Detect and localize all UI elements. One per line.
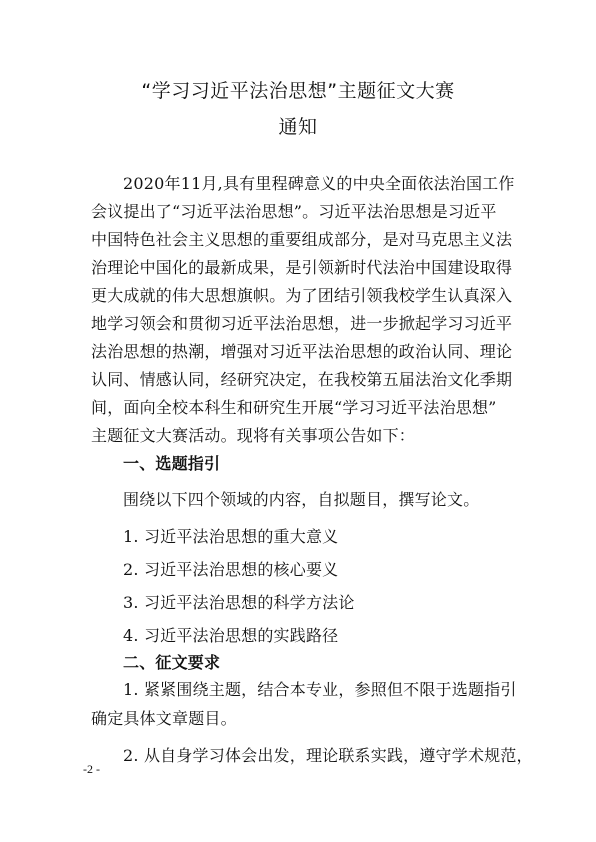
intro-line: 认同、情感认同，经研究决定，在我校第五届法治文化季期	[91, 370, 531, 390]
intro-line: 2020年11月,具有里程碑意义的中央全面依法治国工作	[123, 174, 563, 194]
page-number: -2 -	[83, 762, 100, 776]
topic-list-item: 1. 习近平法治思想的重大意义	[123, 527, 563, 547]
intro-line: 法治思想的热潮，增强对习近平法治思想的政治认同、理论	[91, 342, 531, 362]
intro-line: 治理论中国化的最新成果，是引领新时代法治中国建设取得	[91, 258, 531, 278]
requirement-item-1-cont: 确定具体文章题目。	[91, 709, 531, 729]
requirement-item-2: 2. 从自身学习体会出发，理论联系实践，遵守学术规范，	[123, 746, 563, 766]
document-subtitle: 通知	[0, 116, 596, 138]
topic-list-item: 3. 习近平法治思想的科学方法论	[123, 593, 563, 613]
intro-line: 主题征文大赛活动。现将有关事项公告如下：	[91, 426, 531, 446]
section1-lead: 围绕以下四个领域的内容，自拟题目，撰写论文。	[123, 490, 563, 510]
intro-line: 地学习领会和贯彻习近平法治思想，进一步掀起学习习近平	[91, 314, 531, 334]
topic-list-item: 4. 习近平法治思想的实践路径	[123, 626, 563, 646]
document-page: “学习习近平法治思想”主题征文大赛 通知 2020年11月,具有里程碑意义的中央…	[0, 0, 596, 842]
requirement-item-1: 1. 紧紧围绕主题，结合本专业，参照但不限于选题指引	[123, 680, 563, 700]
intro-line: 中国特色社会主义思想的重要组成部分，是对马克思主义法	[91, 230, 531, 250]
document-title: “学习习近平法治思想”主题征文大赛	[0, 80, 596, 102]
intro-line: 会议提出了“习近平法治思想”。习近平法治思想是习近平	[91, 202, 531, 222]
intro-line: 更大成就的伟大思想旗帜。为了团结引领我校学生认真深入	[91, 286, 531, 306]
intro-line: 间，面向全校本科生和研究生开展“学习习近平法治思想”	[91, 398, 531, 418]
topic-list-item: 2. 习近平法治思想的核心要义	[123, 560, 563, 580]
section-heading-requirements: 二、征文要求	[123, 653, 563, 673]
section-heading-topic-guide: 一、选题指引	[123, 454, 563, 474]
